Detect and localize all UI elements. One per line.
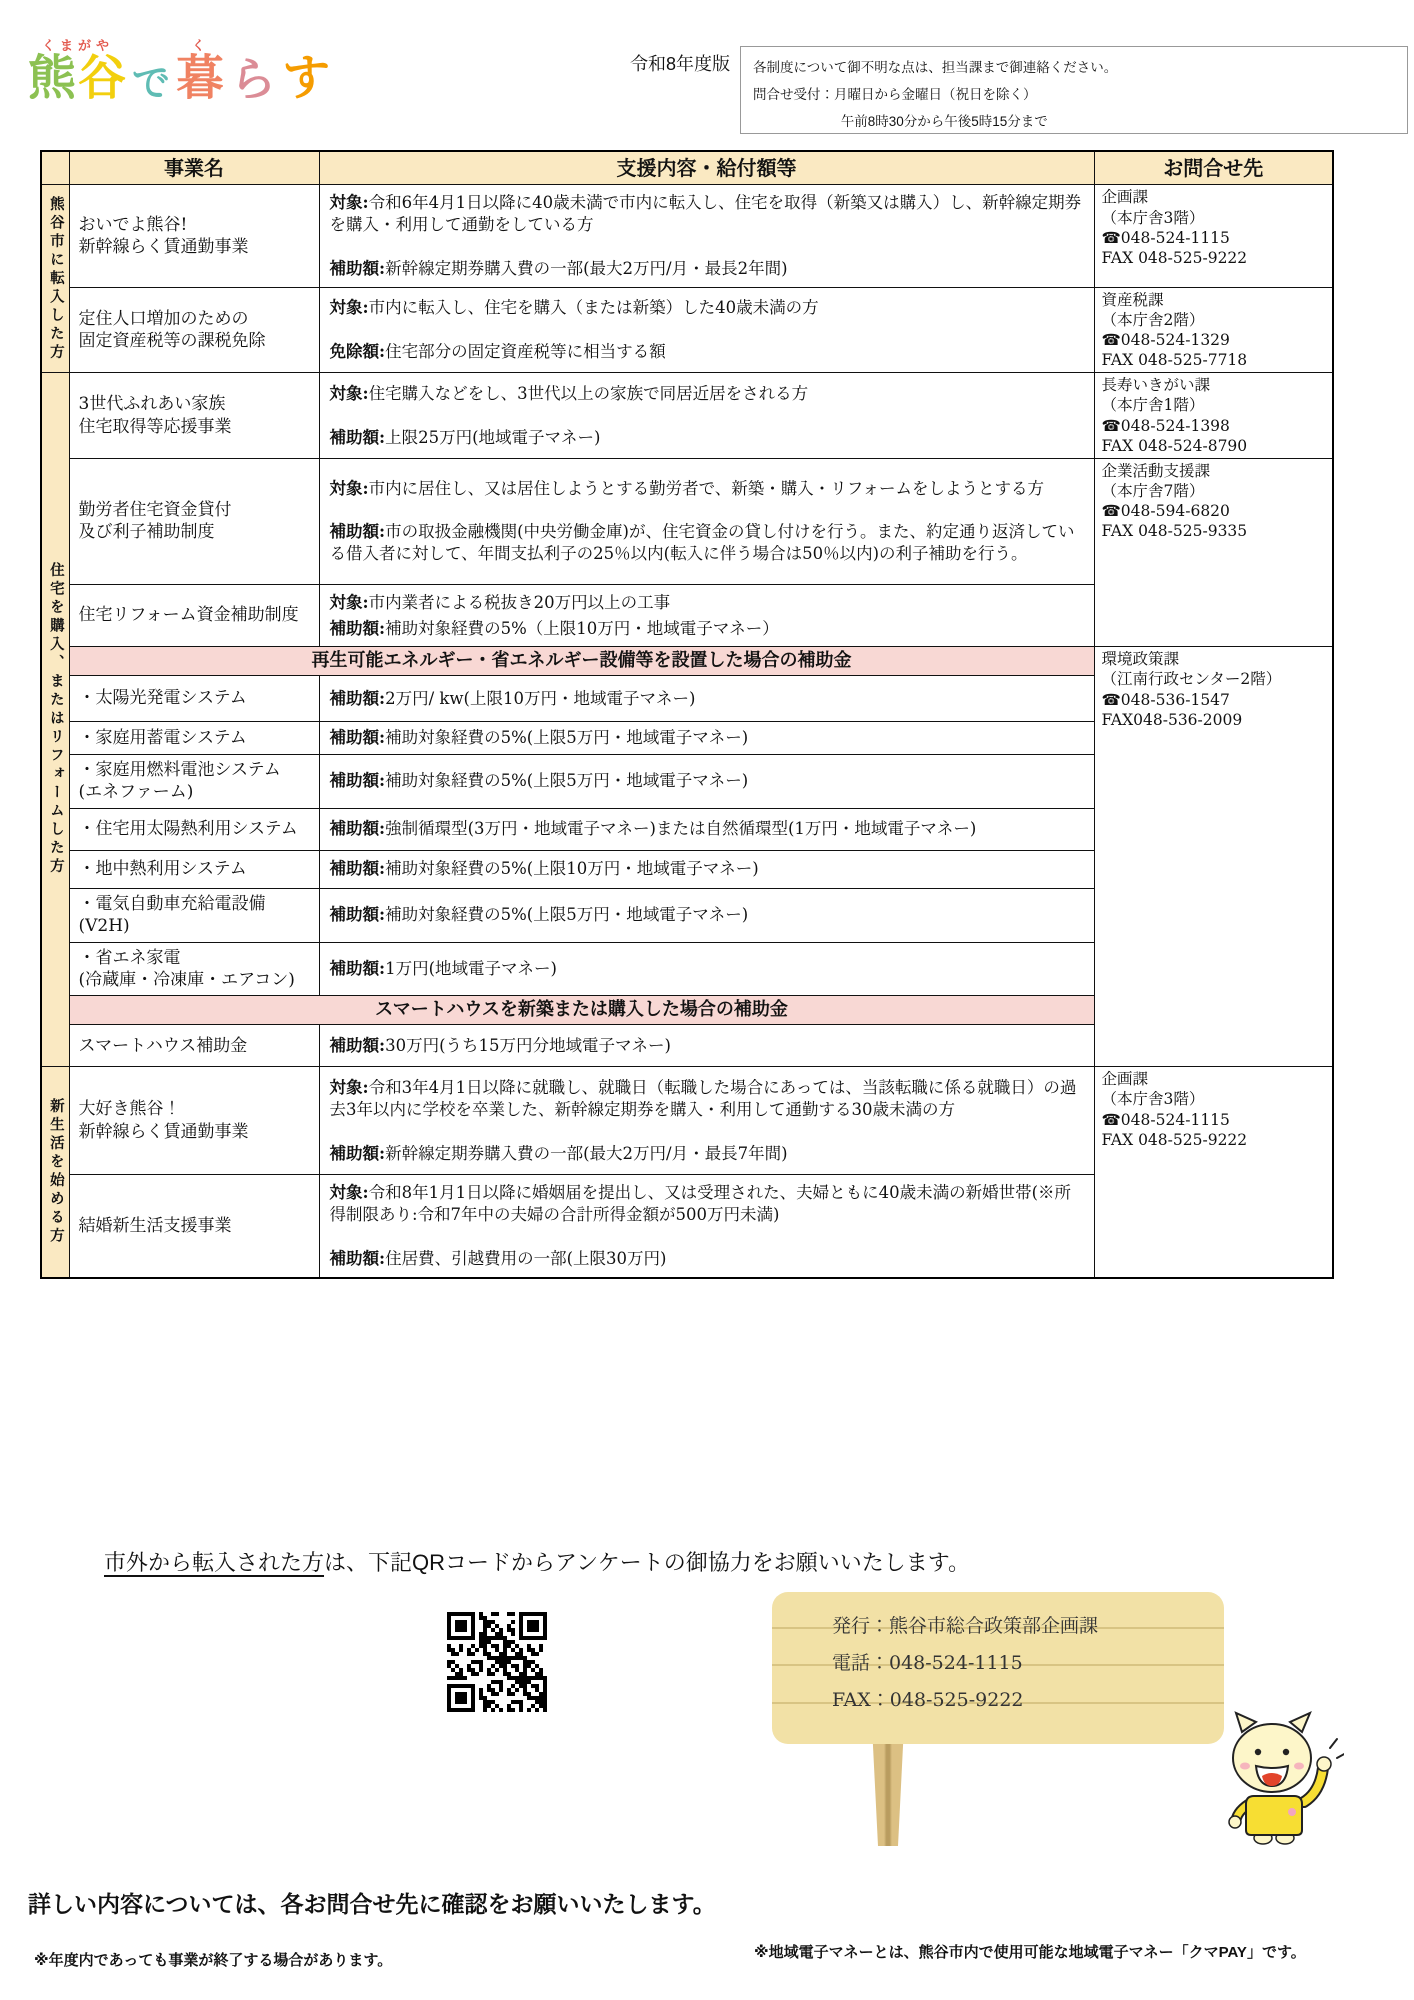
energy-banner: 再生可能エネルギー・省エネルギー設備等を設置した場合の補助金 [69,647,1094,676]
support-cell: 補助額:2万円/ kw(上限10万円・地域電子マネー) [319,676,1094,722]
logo-char-de: で [132,64,172,104]
logo-char-ku: 暮 [176,53,226,103]
support-cell: 対象:市内に居住し、又は居住しようとする勤労者で、新築・購入・リフォームをしよう… [319,458,1094,584]
support-cell: 対象:市内に転入し、住宅を購入（または新築）した40歳未満の方 免除額:住宅部分… [319,287,1094,373]
support-cell: 補助額:補助対象経費の5%(上限5万円・地域電子マネー) [319,754,1094,808]
table-row: 熊谷市に転入した方 おいでよ熊谷!新幹線らく賃通勤事業 対象:令和6年4月1日以… [41,185,1333,287]
support-cell: 対象:令和3年4月1日以降に就職し、就職日（転職した場合にあっては、当該転職に係… [319,1067,1094,1175]
program-name: ・太陽光発電システム [69,676,319,722]
header-contact: お問合せ先 [1094,151,1333,185]
logo-char-kuma: 熊 [28,50,78,106]
program-name: ・電気自動車充給電設備(V2H) [69,888,319,942]
notice-line: 問合せ受付：月曜日から金曜日（祝日を除く） [753,81,1395,108]
publisher-fax: FAX：048-525-9222 [832,1682,1214,1719]
contact-cell: 環境政策課（江南行政センター2階）☎048-536-1547FAX048-536… [1094,647,1333,1067]
support-cell: 補助額:補助対象経費の5%(上限5万円・地域電子マネー) [319,722,1094,755]
logo-char-ra: ら [230,55,278,103]
logo-char-su: す [282,53,332,103]
group-label-tennyu: 熊谷市に転入した方 [41,185,69,373]
table-row: 住宅を購入、またはリフォームした方 3世代ふれあい家族住宅取得等応援事業 対象:… [41,373,1333,459]
fiscal-year-note: ※年度内であっても事業が終了する場合があります。 [34,1949,392,1970]
program-name: スマートハウス補助金 [69,1025,319,1067]
document-page: くまがや 熊谷 で く 暮 ら す 令和8年度版 各制度について御不明な点は、担… [0,0,1414,2000]
support-cell: 補助額:30万円(うち15万円分地域電子マネー) [319,1025,1094,1067]
publisher-tel: 電話：048-524-1115 [832,1645,1214,1682]
support-cell: 補助額:強制循環型(3万円・地域電子マネー)または自然循環型(1万円・地域電子マ… [319,808,1094,850]
confirm-note: 詳しい内容については、各お問合せ先に確認をお願いいたします。 [28,1886,716,1919]
mascot-character [1216,1708,1344,1853]
publisher-line: 発行：熊谷市総合政策部企画課 [832,1608,1214,1645]
support-cell: 対象:市内業者による税抜き20万円以上の工事 補助額:補助対象経費の5%（上限1… [319,584,1094,647]
program-name: ・家庭用蓄電システム [69,722,319,755]
table-row: 新生活を始める方 大好き熊谷！新幹線らく賃通勤事業 対象:令和3年4月1日以降に… [41,1067,1333,1175]
program-name: ・住宅用太陽熱利用システム [69,808,319,850]
group-label-shinseikatsu: 新生活を始める方 [41,1067,69,1278]
table-row: 定住人口増加のための固定資産税等の課税免除 対象:市内に転入し、住宅を購入（また… [41,287,1333,373]
sign-post [868,1742,908,1846]
support-cell: 対象:令和6年4月1日以降に40歳未満で市内に転入し、住宅を取得（新築又は購入）… [319,185,1094,287]
program-name: 住宅リフォーム資金補助制度 [69,584,319,647]
header-group-col [41,151,69,185]
banner-row: 再生可能エネルギー・省エネルギー設備等を設置した場合の補助金 環境政策課（江南行… [41,647,1333,676]
table-header-row: 事業名 支援内容・給付額等 お問合せ先 [41,151,1333,185]
table-row: 勤労者住宅資金貸付及び利子補助制度 対象:市内に居住し、又は居住しようとする勤労… [41,458,1333,584]
contact-cell: 資産税課（本庁舎2階）☎048-524-1329FAX 048-525-7718 [1094,287,1333,373]
mascot-illustration [1216,1708,1344,1853]
program-name: ・省エネ家電(冷蔵庫・冷凍庫・エアコン) [69,942,319,996]
notice-line: 各制度について御不明な点は、担当課まで御連絡ください。 [753,54,1395,81]
support-cell: 対象:令和8年1月1日以降に婚姻届を提出し、又は受理された、夫婦ともに40歳未満… [319,1175,1094,1278]
kumapay-note: ※地域電子マネーとは、熊谷市内で使用可能な地域電子マネー「クマPAY」です。 [754,1941,1306,1962]
support-cell: 補助額:1万円(地域電子マネー) [319,942,1094,996]
kumagaya-de-kurasu-logo: くまがや 熊谷 で く 暮 ら す [28,40,332,103]
logo-char-gaya: 谷 [78,50,128,106]
group-label-kounyu-reform: 住宅を購入、またはリフォームした方 [41,373,69,1067]
subsidy-table: 事業名 支援内容・給付額等 お問合せ先 熊谷市に転入した方 おいでよ熊谷!新幹線… [40,150,1334,1279]
program-name: ・地中熱利用システム [69,850,319,888]
program-name: 3世代ふれあい家族住宅取得等応援事業 [69,373,319,459]
notice-line: 午前8時30分から午後5時15分まで [753,108,1395,135]
qr-code [447,1612,547,1712]
support-cell: 対象:住宅購入などをし、3世代以上の家族で同居近居をされる方 補助額:上限25万… [319,373,1094,459]
contact-cell: 長寿いきがい課（本庁舎1階）☎048-524-1398FAX 048-524-8… [1094,373,1333,459]
header-business: 事業名 [69,151,319,185]
publisher-sign: 発行：熊谷市総合政策部企画課 電話：048-524-1115 FAX：048-5… [772,1592,1224,1744]
program-name: 勤労者住宅資金貸付及び利子補助制度 [69,458,319,584]
contact-cell: 企画課（本庁舎3階）☎048-524-1115FAX 048-525-9222 [1094,185,1333,287]
survey-request-text: 市外から転入された方は、下記QRコードからアンケートの御協力をお願いいたします。 [104,1546,970,1577]
program-name: おいでよ熊谷!新幹線らく賃通勤事業 [69,185,319,287]
program-name: 結婚新生活支援事業 [69,1175,319,1278]
program-name: 定住人口増加のための固定資産税等の課税免除 [69,287,319,373]
header-support: 支援内容・給付額等 [319,151,1094,185]
program-name: ・家庭用燃料電池システム(エネファーム) [69,754,319,808]
program-name: 大好き熊谷！新幹線らく賃通勤事業 [69,1067,319,1175]
contact-cell: 企業活動支援課（本庁舎7階）☎048-594-6820FAX 048-525-9… [1094,458,1333,647]
contact-notice-box: 各制度について御不明な点は、担当課まで御連絡ください。 問合せ受付：月曜日から金… [740,46,1408,134]
smarthouse-banner: スマートハウスを新築または購入した場合の補助金 [69,996,1094,1025]
support-cell: 補助額:補助対象経費の5%(上限10万円・地域電子マネー) [319,850,1094,888]
contact-cell: 企画課（本庁舎3階）☎048-524-1115FAX 048-525-9222 [1094,1067,1333,1278]
support-cell: 補助額:補助対象経費の5%(上限5万円・地域電子マネー) [319,888,1094,942]
